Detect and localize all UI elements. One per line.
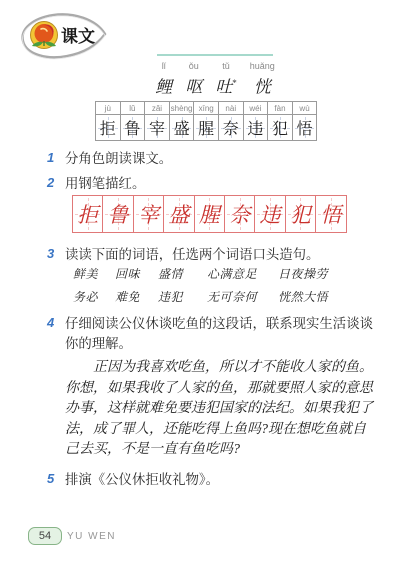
pinyin-cell: zǎi (145, 102, 170, 115)
tracing-cell: 宰 (133, 196, 163, 233)
pinyin-row: jùlǔzǎishèngxīngnàiwéifànwù (96, 102, 317, 115)
tracing-character: 奈 (229, 203, 250, 227)
word-item: 恍然大悟 (278, 288, 328, 307)
character-cell: 拒 (96, 115, 121, 141)
character-cell: 鲁 (120, 115, 145, 141)
exercise-item-3: 3 读读下面的词语，任选两个词语口头造句。 (47, 245, 377, 265)
character-glyph: 宰 (149, 121, 165, 138)
tracing-character: 宰 (138, 203, 159, 227)
new-character: 恍 (250, 72, 275, 99)
teal-divider (157, 54, 273, 56)
word-item: 无可奈何 (207, 288, 278, 307)
tracing-grid: 拒鲁宰盛腥奈违犯悟 (72, 195, 347, 233)
pinyin-cell: wù (292, 102, 317, 115)
exercise-text: 排演《公仪休拒收礼物》。 (65, 470, 377, 490)
pinyin-word: ǒu呕 (185, 60, 202, 99)
new-character: 吐* (215, 72, 237, 99)
pinyin-label: huǎng (250, 60, 275, 72)
exercise-text: 读读下面的词语，任选两个词语口头造句。 (65, 245, 377, 265)
character-cell: 奈 (218, 115, 243, 141)
exercise-item-2: 2 用钢笔描红。 (47, 174, 377, 194)
character-cell: 腥 (194, 115, 219, 141)
pinyin-cell: nài (218, 102, 243, 115)
exercise-item-5: 5 排演《公仪休拒收礼物》。 (47, 470, 377, 490)
character-glyph: 腥 (198, 121, 214, 138)
character-cell: 犯 (268, 115, 293, 141)
page-number-badge: 54 (28, 527, 62, 545)
character-cell: 宰 (145, 115, 170, 141)
character-row: 拒鲁宰盛腥奈违犯悟 (96, 115, 317, 141)
exercise-number: 2 (47, 174, 65, 191)
footnote-mark: * (232, 78, 237, 88)
pinyin-cell: fàn (268, 102, 293, 115)
word-item: 鲜美 (73, 265, 115, 284)
pinyin-label: tǔ (215, 60, 237, 72)
character-glyph: 奈 (223, 121, 239, 138)
character-cell: 悟 (292, 115, 317, 141)
exercise-item-1: 1 分角色朗读课文。 (47, 149, 377, 169)
tracing-cell: 奈 (224, 196, 254, 233)
tracing-row: 拒鲁宰盛腥奈违犯悟 (73, 196, 347, 233)
new-character: 鲤 (155, 72, 172, 99)
exercise-text: 分角色朗读课文。 (65, 149, 377, 169)
word-item: 难免 (115, 288, 158, 307)
pinyin-label: ǒu (185, 60, 202, 72)
character-glyph: 鲁 (124, 121, 140, 138)
pinyin-word: huǎng恍 (250, 60, 275, 99)
tracing-character: 犯 (290, 203, 311, 227)
character-glyph: 恍 (254, 78, 271, 97)
tracing-character: 腥 (199, 203, 220, 227)
word-item: 回味 (115, 265, 158, 284)
pinyin-word: tǔ吐* (215, 60, 237, 99)
character-glyph: 呕 (185, 78, 202, 97)
tracing-cell: 鲁 (103, 196, 133, 233)
word-list: 鲜美回味盛情心满意足日夜操劳务必难免违犯无可奈何恍然大悟 (73, 265, 328, 307)
tracing-character: 盛 (168, 203, 189, 227)
pinyin-cell: xīng (194, 102, 219, 115)
pinyin-intro-section: lǐ鲤ǒu呕tǔ吐*huǎng恍 (0, 54, 400, 99)
character-glyph: 盛 (174, 121, 190, 138)
exercise-text: 仔细阅读公仪休谈吃鱼的这段话，联系现实生活谈谈你的理解。 (65, 314, 377, 354)
character-cell: 违 (243, 115, 268, 141)
exercise-text: 用钢笔描红。 (65, 174, 377, 194)
character-glyph: 拒 (100, 121, 116, 138)
word-item: 务必 (73, 288, 115, 307)
new-character-table: jùlǔzǎishèngxīngnàiwéifànwù拒鲁宰盛腥奈违犯悟 (95, 101, 317, 141)
flower-emblem-icon (31, 22, 58, 49)
pinyin-cell: shèng (169, 102, 194, 115)
tracing-character: 拒 (77, 203, 98, 227)
exercise-number: 3 (47, 245, 65, 262)
word-item: 心满意足 (207, 265, 278, 284)
word-item: 日夜操劳 (278, 265, 328, 284)
tracing-character: 鲁 (108, 203, 129, 227)
pinyin-cell: wéi (243, 102, 268, 115)
new-character: 呕 (185, 72, 202, 99)
exercise-item-4: 4 仔细阅读公仪休谈吃鱼的这段话，联系现实生活谈谈你的理解。 (47, 314, 377, 354)
exercise-number: 4 (47, 314, 65, 331)
character-glyph: 吐 (215, 78, 232, 97)
pinyin-label: lǐ (155, 60, 172, 72)
tracing-cell: 拒 (73, 196, 103, 233)
tracing-cell: 盛 (164, 196, 194, 233)
tracing-cell: 腥 (194, 196, 224, 233)
textbook-page: 课文 lǐ鲤ǒu呕tǔ吐*huǎng恍 jùlǔzǎishèngxīngnàiw… (0, 0, 400, 569)
word-item: 盛情 (158, 265, 207, 284)
tracing-cell: 悟 (316, 196, 346, 233)
pinyin-word-row: lǐ鲤ǒu呕tǔ吐*huǎng恍 (30, 60, 400, 99)
page-footer: 54 YU WEN (28, 527, 116, 545)
word-item: 违犯 (158, 288, 207, 307)
character-glyph: 犯 (272, 121, 288, 138)
character-cell: 盛 (169, 115, 194, 141)
tracing-character: 悟 (320, 203, 341, 227)
exercise-number: 1 (47, 149, 65, 166)
quote-passage: 正因为我喜欢吃鱼，所以才不能收人家的鱼。你想，如果我收了人家的鱼，那就要照人家的… (65, 358, 375, 461)
character-glyph: 悟 (297, 121, 313, 138)
subject-label: YU WEN (67, 531, 116, 542)
tracing-cell: 犯 (285, 196, 315, 233)
tracing-character: 违 (260, 203, 281, 227)
character-glyph: 违 (247, 121, 263, 138)
badge-label: 课文 (61, 26, 95, 46)
character-glyph: 鲤 (155, 78, 172, 97)
tracing-cell: 违 (255, 196, 285, 233)
exercise-number: 5 (47, 470, 65, 487)
pinyin-cell: lǔ (120, 102, 145, 115)
pinyin-cell: jù (96, 102, 121, 115)
pinyin-word: lǐ鲤 (155, 60, 172, 99)
